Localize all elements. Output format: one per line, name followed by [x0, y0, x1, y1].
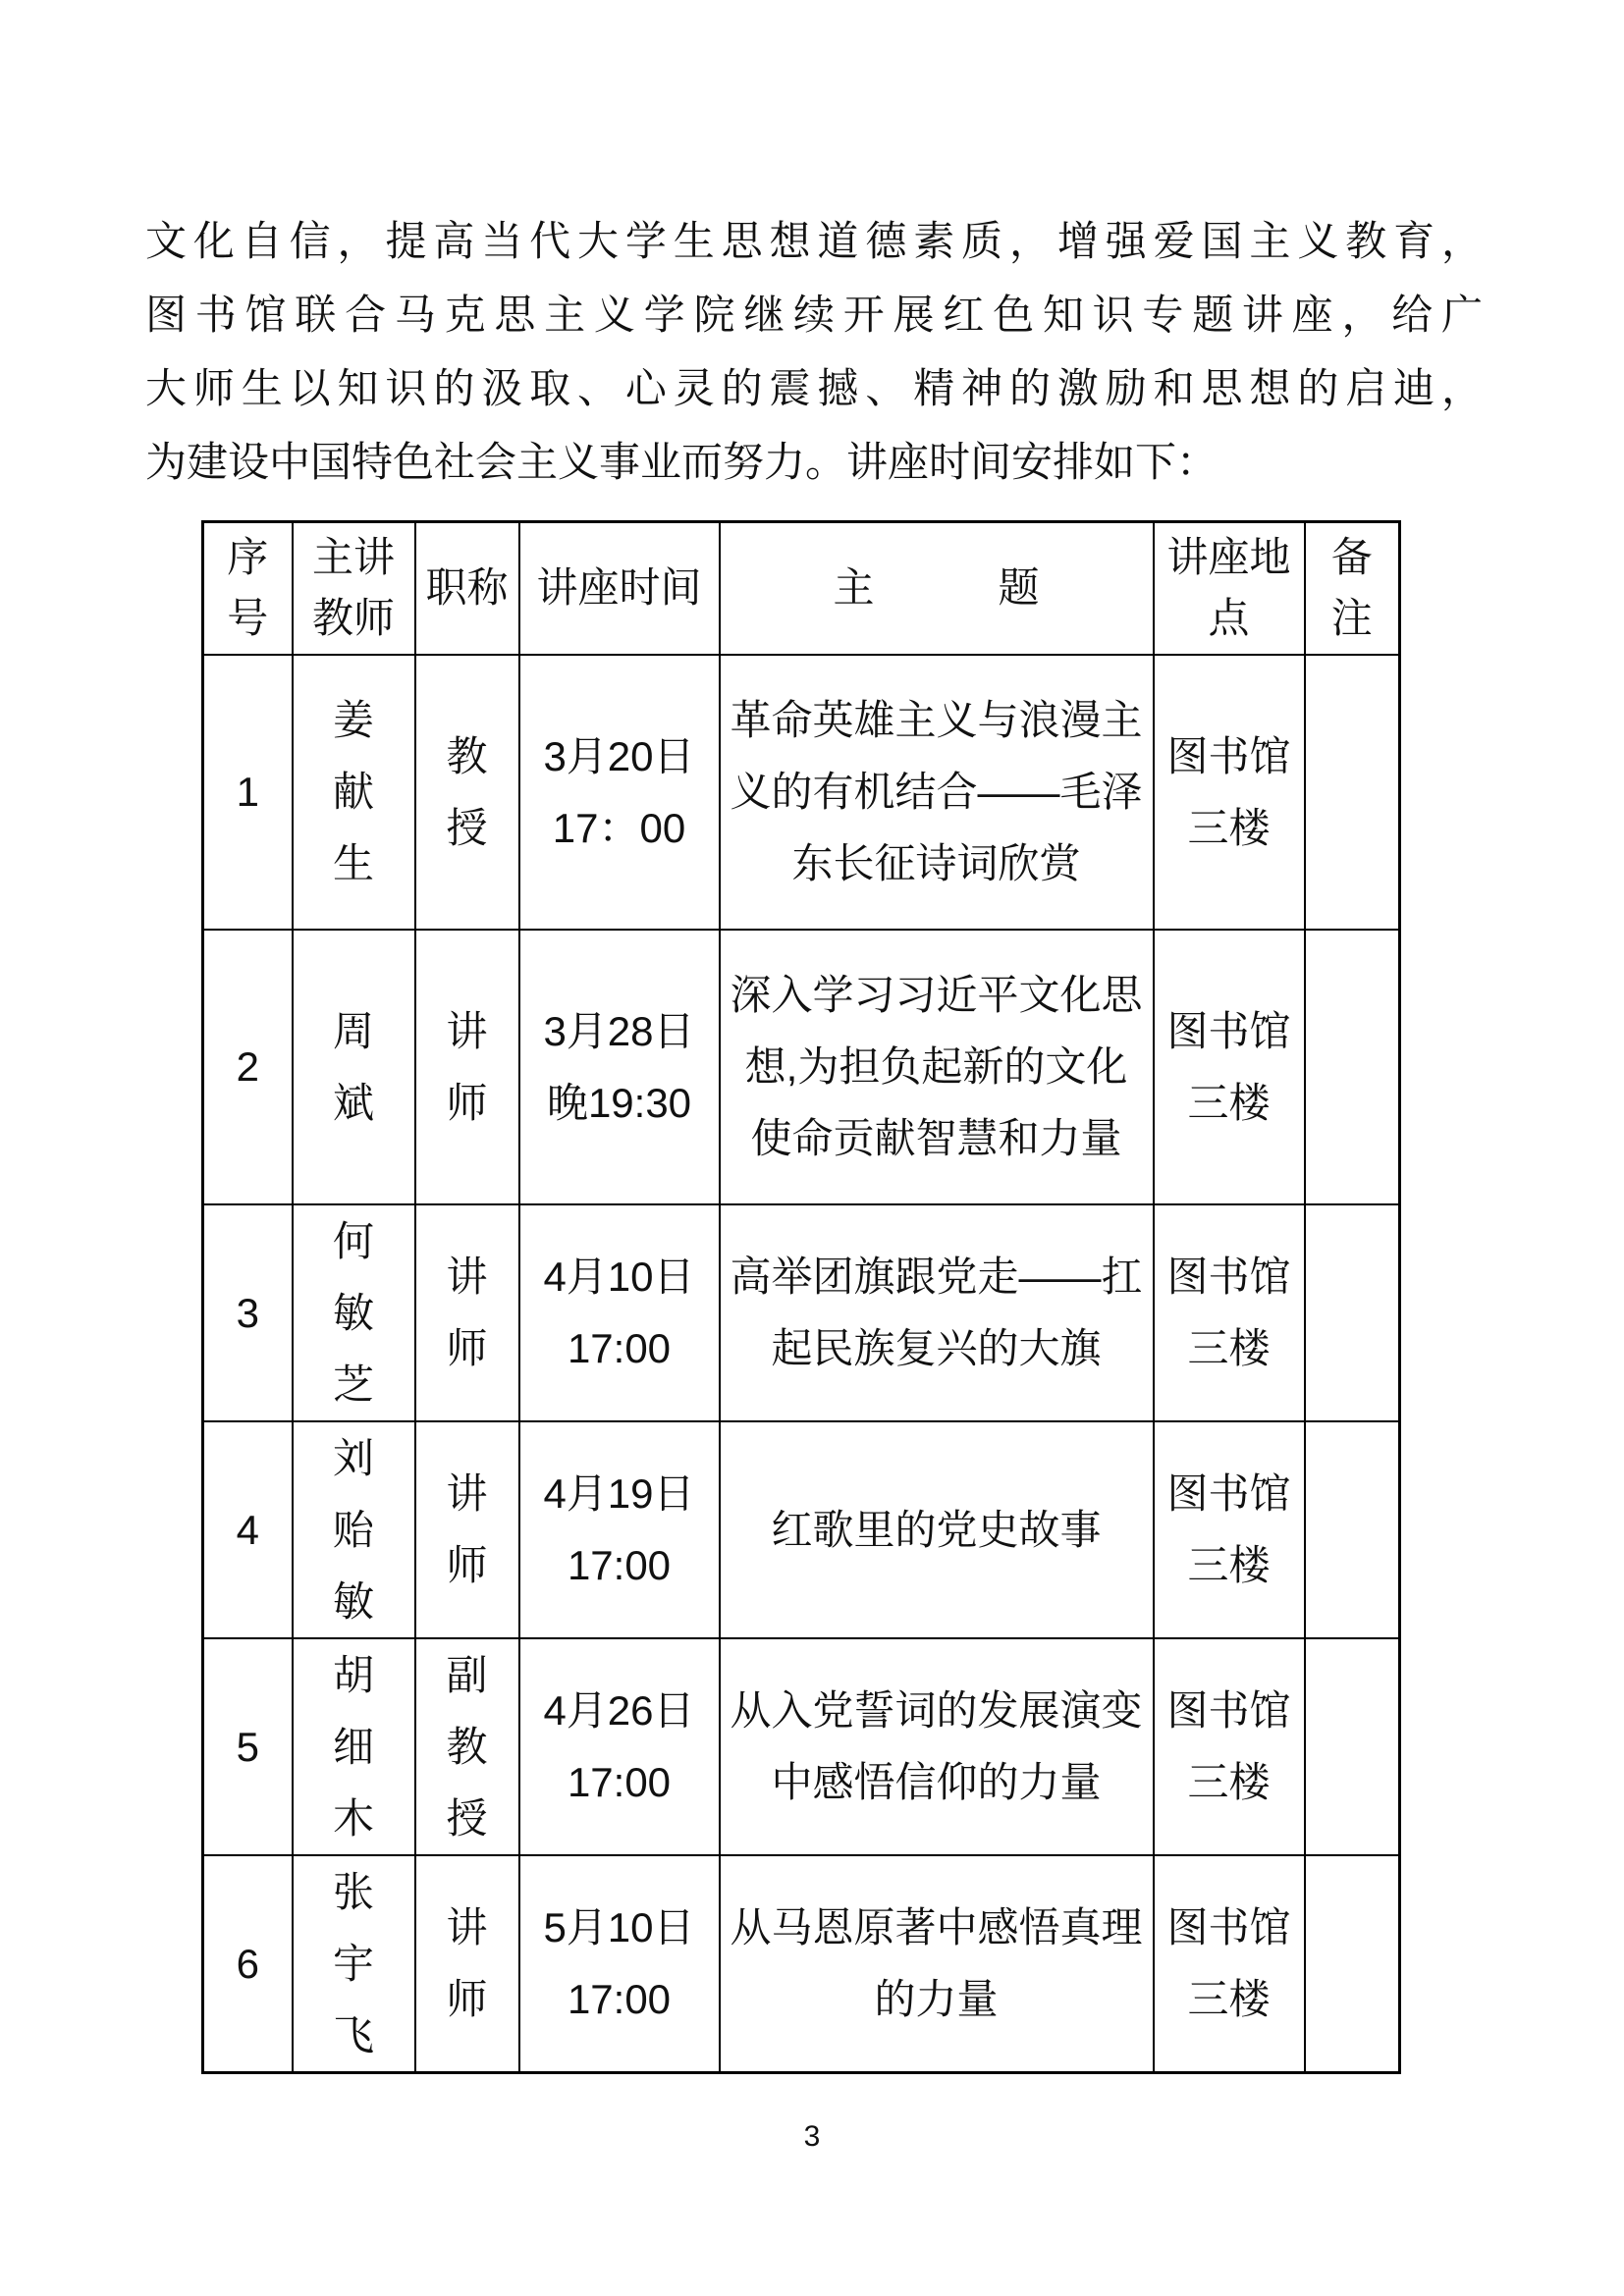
lecture-schedule-table: 序 号 主讲 教师 职称 讲座时间 主题 讲座地 点 备 注 1 姜 献 生 教…	[201, 520, 1401, 2074]
cell-title: 副 教 授	[415, 1638, 519, 1855]
cell-time: 3月20日 17：00	[519, 655, 720, 930]
th-teacher: 主讲 教师	[293, 522, 415, 655]
th-location: 讲座地 点	[1154, 522, 1305, 655]
cell-time: 4月26日 17:00	[519, 1638, 720, 1855]
cell-location: 图书馆 三楼	[1154, 1204, 1305, 1421]
cell-title: 讲 师	[415, 1204, 519, 1421]
cell-topic: 从马恩原著中感悟真理的力量	[720, 1855, 1154, 2073]
cell-index: 2	[203, 930, 293, 1204]
cell-remarks	[1305, 930, 1400, 1204]
th-topic: 主题	[720, 522, 1154, 655]
cell-index: 3	[203, 1204, 293, 1421]
cell-location: 图书馆 三楼	[1154, 1638, 1305, 1855]
document-page: 文化自信，提高当代大学生思想道德素质，增强爱国主义教育， 图书馆联合马克思主义学…	[0, 0, 1624, 2296]
cell-topic: 从入党誓词的发展演变中感悟信仰的力量	[720, 1638, 1154, 1855]
cell-topic: 红歌里的党史故事	[720, 1421, 1154, 1638]
cell-time: 3月28日 晚19:30	[519, 930, 720, 1204]
paragraph-line: 为建设中国特色社会主义事业而努力。讲座时间安排如下：	[145, 427, 1483, 501]
cell-teacher: 张 宇 飞	[293, 1855, 415, 2073]
cell-location: 图书馆 三楼	[1154, 655, 1305, 930]
table-row: 3 何 敏 芝 讲 师 4月10日 17:00 高举团旗跟党走——扛起民族复兴的…	[203, 1204, 1400, 1421]
table-row: 6 张 宇 飞 讲 师 5月10日 17:00 从马恩原著中感悟真理的力量 图书…	[203, 1855, 1400, 2073]
cell-title: 教 授	[415, 655, 519, 930]
table-row: 5 胡 细 木 副 教 授 4月26日 17:00 从入党誓词的发展演变中感悟信…	[203, 1638, 1400, 1855]
cell-title: 讲 师	[415, 930, 519, 1204]
cell-teacher: 周 斌	[293, 930, 415, 1204]
th-remarks: 备 注	[1305, 522, 1400, 655]
paragraph-line: 文化自信，提高当代大学生思想道德素质，增强爱国主义教育，	[145, 206, 1483, 280]
cell-topic: 深入学习习近平文化思想,为担负起新的文化使命贡献智慧和力量	[720, 930, 1154, 1204]
cell-time: 4月10日 17:00	[519, 1204, 720, 1421]
cell-index: 4	[203, 1421, 293, 1638]
cell-location: 图书馆 三楼	[1154, 1421, 1305, 1638]
cell-location: 图书馆 三楼	[1154, 930, 1305, 1204]
th-index: 序 号	[203, 522, 293, 655]
cell-remarks	[1305, 1204, 1400, 1421]
table-row: 2 周 斌 讲 师 3月28日 晚19:30 深入学习习近平文化思想,为担负起新…	[203, 930, 1400, 1204]
cell-time: 5月10日 17:00	[519, 1855, 720, 2073]
cell-index: 1	[203, 655, 293, 930]
cell-teacher: 何 敏 芝	[293, 1204, 415, 1421]
paragraph-line: 图书馆联合马克思主义学院继续开展红色知识专题讲座，给广	[145, 280, 1483, 353]
th-title: 职称	[415, 522, 519, 655]
cell-time: 4月19日 17:00	[519, 1421, 720, 1638]
page-number: 3	[0, 2120, 1624, 2154]
intro-paragraph: 文化自信，提高当代大学生思想道德素质，增强爱国主义教育， 图书馆联合马克思主义学…	[145, 206, 1483, 501]
cell-title: 讲 师	[415, 1855, 519, 2073]
cell-index: 5	[203, 1638, 293, 1855]
paragraph-line: 大师生以知识的汲取、心灵的震撼、精神的激励和思想的启迪，	[145, 353, 1483, 427]
cell-remarks	[1305, 655, 1400, 930]
cell-teacher: 胡 细 木	[293, 1638, 415, 1855]
cell-remarks	[1305, 1855, 1400, 2073]
cell-remarks	[1305, 1421, 1400, 1638]
cell-topic: 高举团旗跟党走——扛起民族复兴的大旗	[720, 1204, 1154, 1421]
cell-teacher: 姜 献 生	[293, 655, 415, 930]
cell-remarks	[1305, 1638, 1400, 1855]
th-time: 讲座时间	[519, 522, 720, 655]
table-header-row: 序 号 主讲 教师 职称 讲座时间 主题 讲座地 点 备 注	[203, 522, 1400, 655]
table-row: 4 刘 贻 敏 讲 师 4月19日 17:00 红歌里的党史故事 图书馆 三楼	[203, 1421, 1400, 1638]
table-row: 1 姜 献 生 教 授 3月20日 17：00 革命英雄主义与浪漫主义的有机结合…	[203, 655, 1400, 930]
cell-index: 6	[203, 1855, 293, 2073]
cell-topic: 革命英雄主义与浪漫主义的有机结合——毛泽东长征诗词欣赏	[720, 655, 1154, 930]
cell-teacher: 刘 贻 敏	[293, 1421, 415, 1638]
cell-location: 图书馆 三楼	[1154, 1855, 1305, 2073]
cell-title: 讲 师	[415, 1421, 519, 1638]
